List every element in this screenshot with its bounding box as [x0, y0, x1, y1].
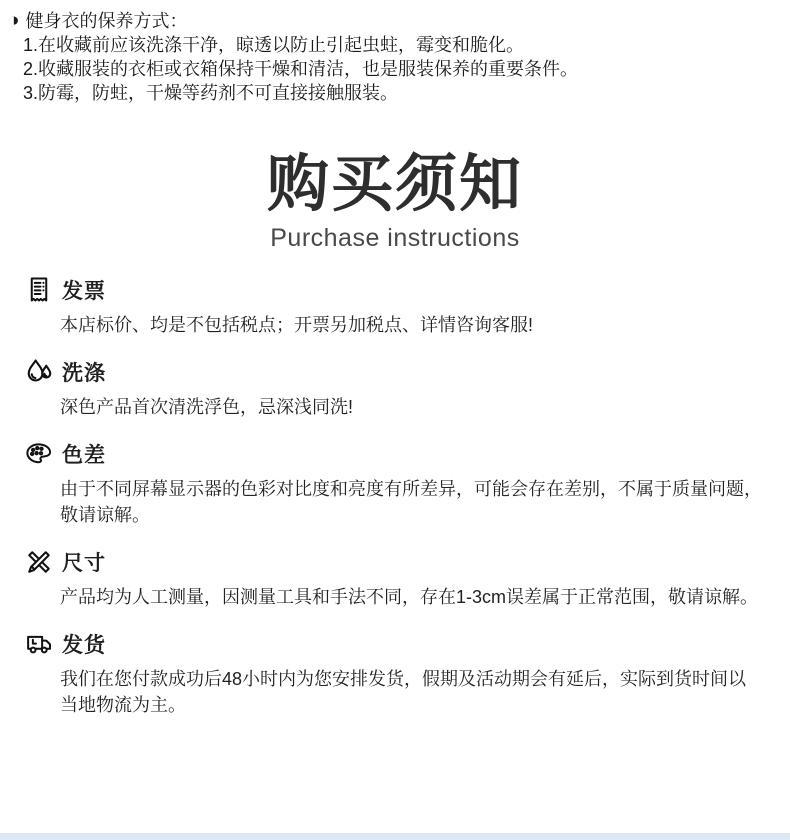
- section-title-washing: 洗涤: [62, 357, 106, 387]
- section-shipping: 发货 我们在您付款成功后48小时内为您安排发货，假期及活动期会有延后，实际到货时…: [24, 627, 790, 718]
- care-notes: ◑ 健身衣的保养方式： 1.在收藏前应该洗涤干净，晾透以防止引起虫蛀，霉变和脆化…: [0, 0, 790, 105]
- section-color-difference: 色差 由于不同屏幕显示器的色彩对比度和亮度有所差异，可能会存在差别，不属于质量问…: [24, 437, 790, 528]
- section-body-shipping: 我们在您付款成功后48小时内为您安排发货，假期及活动期会有延后，实际到货时间以 …: [60, 666, 766, 718]
- section-invoice: 发票 本店标价、均是不包括税点；开票另加税点、详情咨询客服!: [24, 273, 790, 338]
- purchase-instructions-banner: 购买须知 Purchase instructions: [0, 151, 790, 253]
- care-notes-list: 1.在收藏前应该洗涤干净，晾透以防止引起虫蛀，霉变和脆化。 2.收藏服装的衣柜或…: [23, 33, 780, 105]
- section-title-invoice: 发票: [62, 275, 106, 305]
- section-washing: 洗涤 深色产品首次清洗浮色，忌深浅同洗!: [24, 355, 790, 420]
- care-note-item: 1.在收藏前应该洗涤干净，晾透以防止引起虫蛀，霉变和脆化。: [23, 33, 780, 57]
- care-note-item: 3.防霉，防蛀，干燥等药剂不可直接接触服装。: [23, 81, 780, 105]
- section-title-shipping: 发货: [62, 629, 106, 659]
- notice-sections: 发票 本店标价、均是不包括税点；开票另加税点、详情咨询客服! 洗涤 深色产品首次…: [0, 273, 790, 718]
- pencil-ruler-icon: [24, 547, 54, 577]
- care-notes-heading: ◑ 健身衣的保养方式：: [8, 9, 780, 33]
- half-circle-icon: ◑: [8, 9, 19, 33]
- section-body-color-difference: 由于不同屏幕显示器的色彩对比度和亮度有所差异，可能会存在差别，不属于质量问题， …: [60, 476, 766, 528]
- section-title-size: 尺寸: [62, 547, 106, 577]
- section-body-invoice: 本店标价、均是不包括税点；开票另加税点、详情咨询客服!: [60, 312, 766, 338]
- section-size: 尺寸 产品均为人工测量，因测量工具和手法不同，存在1-3cm误差属于正常范围，敬…: [24, 545, 790, 610]
- section-title-color-difference: 色差: [62, 439, 106, 469]
- water-drops-icon: [24, 357, 54, 387]
- care-note-item: 2.收藏服装的衣柜或衣箱保持干燥和清洁，也是服装保养的重要条件。: [23, 57, 780, 81]
- receipt-icon: [24, 275, 54, 305]
- banner-subtitle: Purchase instructions: [0, 224, 790, 253]
- care-notes-title: 健身衣的保养方式：: [25, 9, 187, 33]
- banner-title: 购买须知: [0, 151, 790, 219]
- palette-icon: [24, 439, 54, 469]
- truck-icon: [24, 629, 54, 659]
- section-body-washing: 深色产品首次清洗浮色，忌深浅同洗!: [60, 394, 766, 420]
- section-body-size: 产品均为人工测量，因测量工具和手法不同，存在1-3cm误差属于正常范围，敬请谅解…: [60, 584, 766, 610]
- bottom-accent-bar: [0, 833, 790, 840]
